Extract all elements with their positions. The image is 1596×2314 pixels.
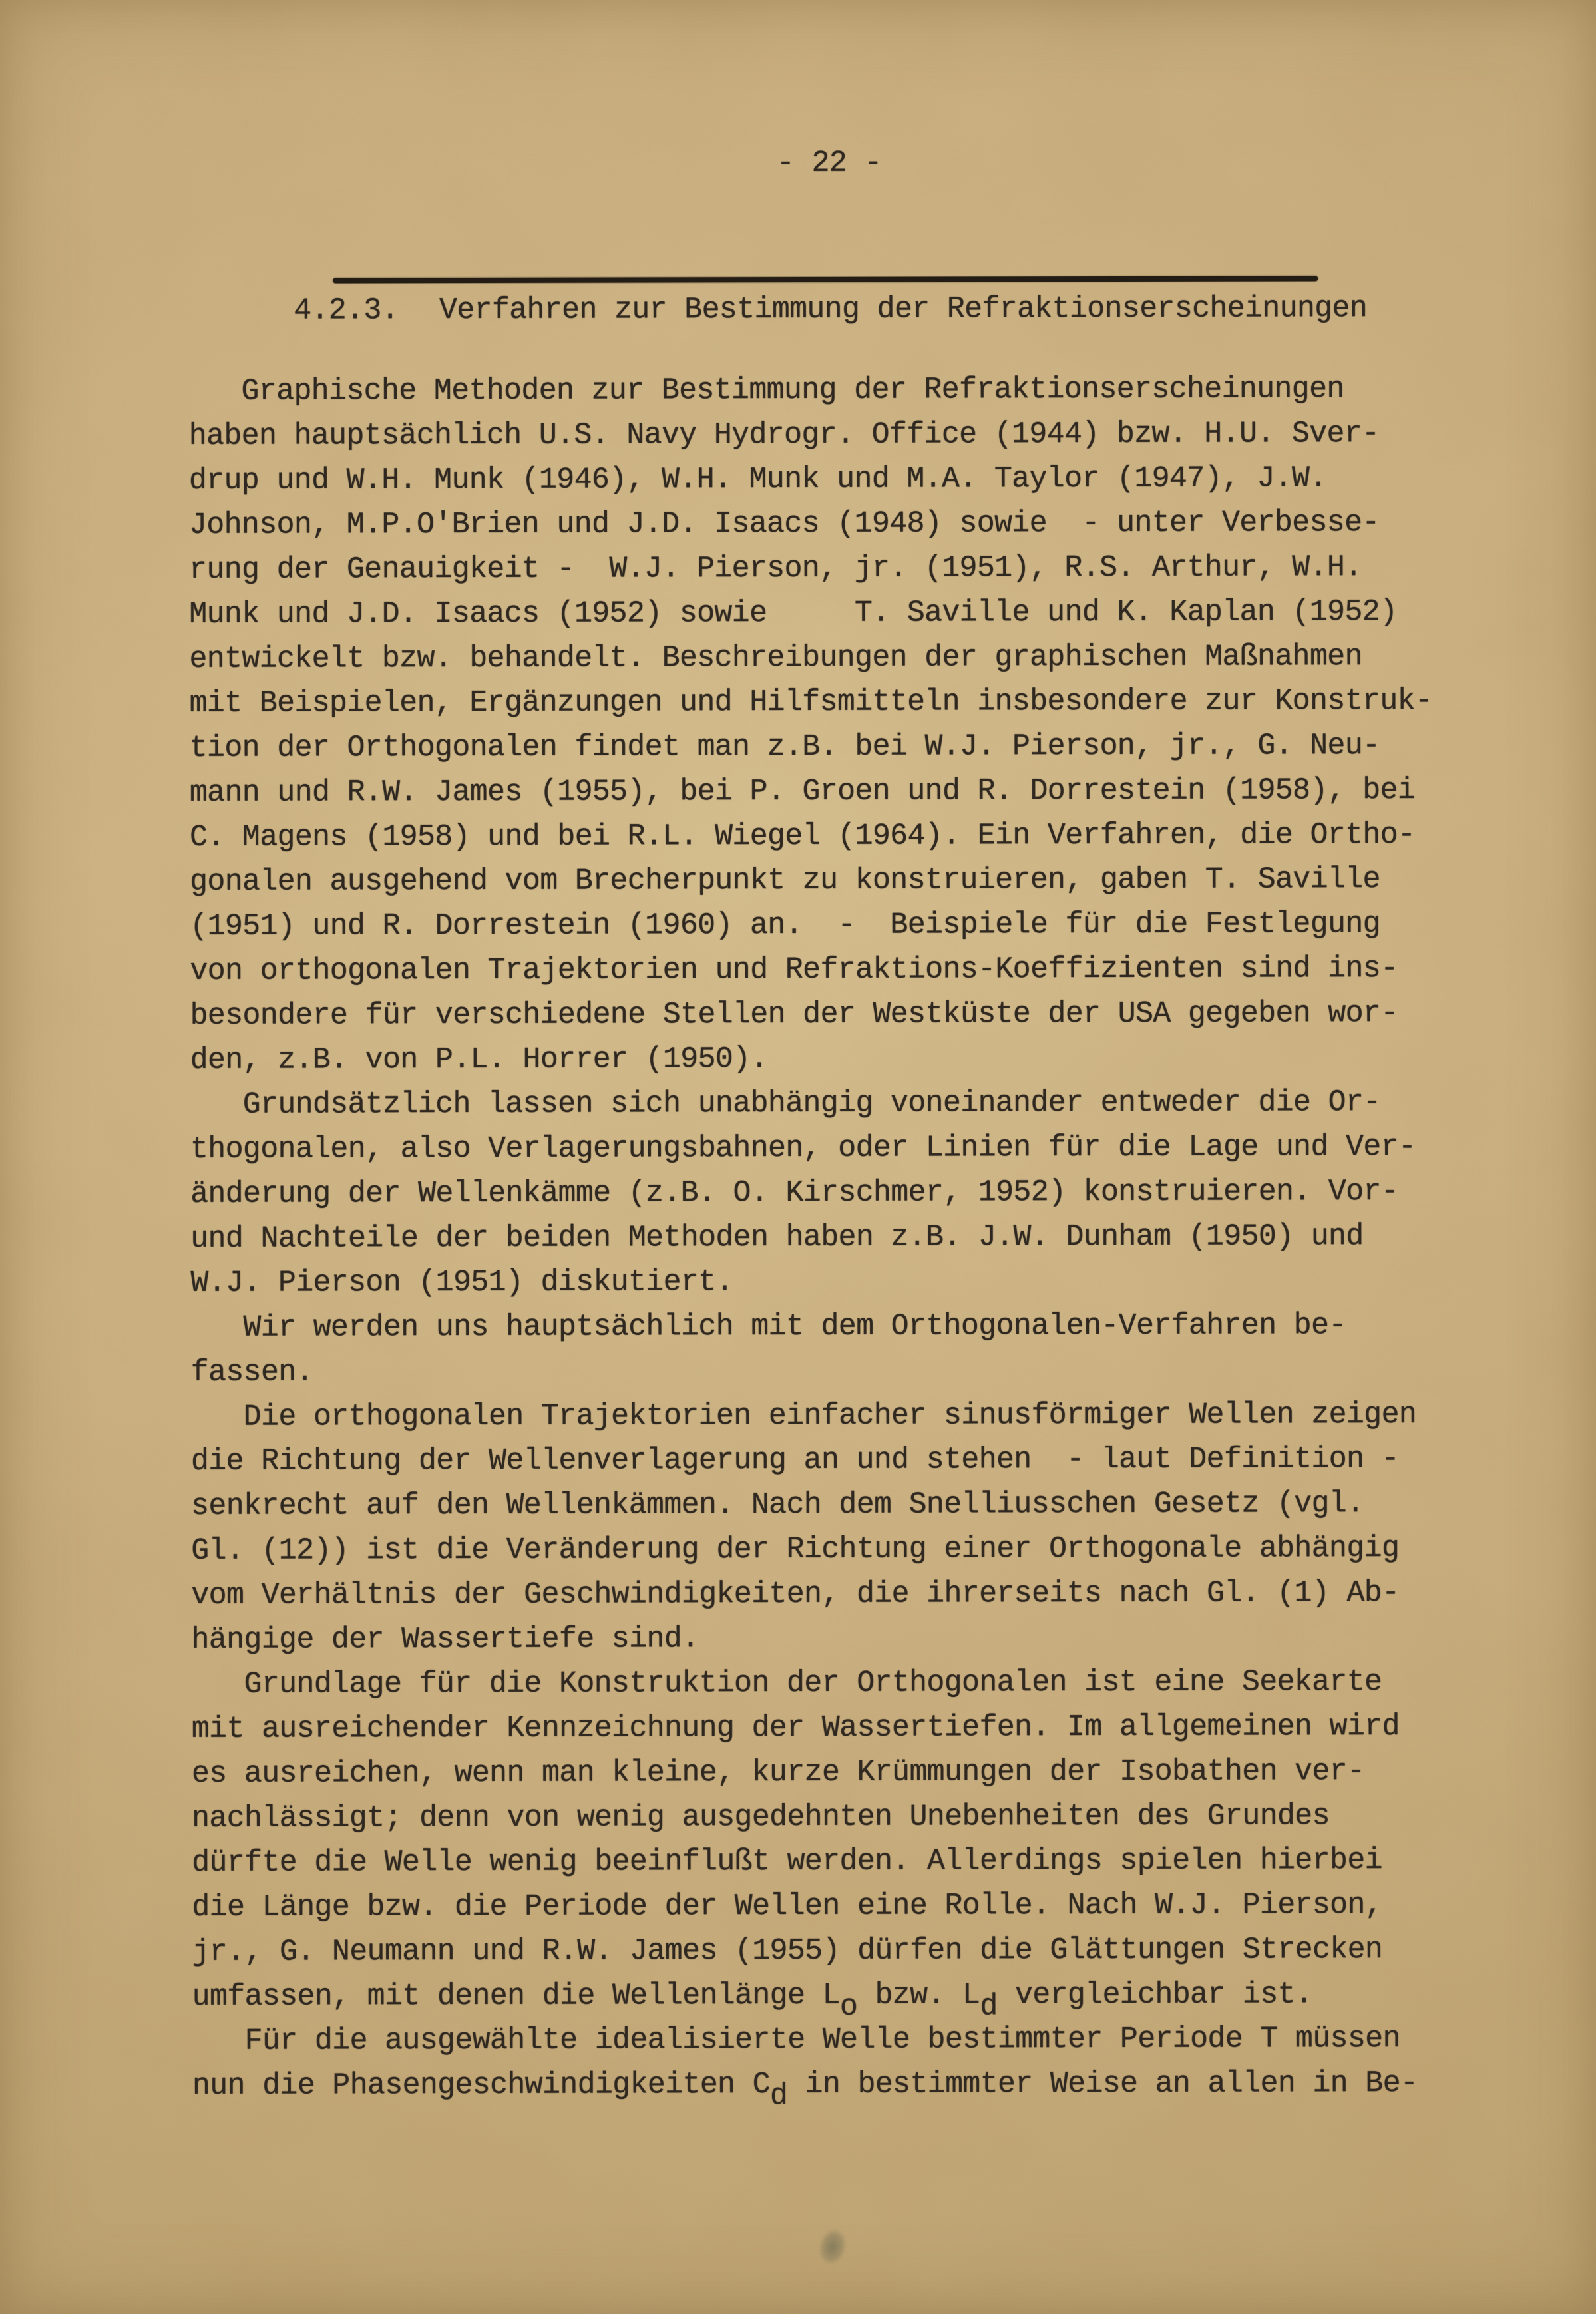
line-text: nun die Phasengeschwindigkeiten C <box>192 2068 770 2103</box>
line-text: vergleichbar ist. <box>998 1977 1313 2012</box>
text-line: tion der Orthogonalen findet man z.B. be… <box>190 723 1433 771</box>
text-line: Grundlage für die Konstruktion der Ortho… <box>192 1660 1435 1707</box>
line-text: tion der Orthogonalen findet man z.B. be… <box>190 729 1380 765</box>
text-line: Munk und J.D. Isaacs (1952) sowie T. Sav… <box>189 590 1432 637</box>
scan-content: - 22 - 4.2.3.Verfahren zur Bestimmung de… <box>0 0 1596 2314</box>
page-number: - 22 - <box>777 141 882 186</box>
line-text: jr., G. Neumann und R.W. James (1955) dü… <box>192 1933 1382 1969</box>
text-line: rung der Genauigkeit - W.J. Pierson, jr.… <box>189 545 1432 592</box>
line-text: Für die ausgewählte idealisierte Welle b… <box>192 2022 1400 2058</box>
text-line: Die orthogonalen Trajektorien einfacher … <box>191 1392 1434 1440</box>
line-text: (1951) und R. Dorrestein (1960) an. - Be… <box>190 907 1380 944</box>
text-line: Graphische Methoden zur Bestimmung der R… <box>189 367 1432 414</box>
line-text: mit ausreichender Kennzeichnung der Wass… <box>192 1710 1400 1746</box>
line-text: und Nachteile der beiden Methoden haben … <box>190 1219 1364 1256</box>
document-page: - 22 - 4.2.3.Verfahren zur Bestimmung de… <box>0 0 1596 2314</box>
subscript-text: d <box>770 2079 787 2113</box>
line-text: Grundlage für die Konstruktion der Ortho… <box>192 1665 1382 1702</box>
section-heading: 4.2.3.Verfahren zur Bestimmung der Refra… <box>188 242 1367 378</box>
line-text: Johnson, M.P.O'Brien und J.D. Isaacs (19… <box>189 506 1380 542</box>
section-number: 4.2.3. <box>294 293 399 327</box>
text-line: von orthogonalen Trajektorien und Refrak… <box>190 946 1433 994</box>
line-text: rung der Genauigkeit - W.J. Pierson, jr.… <box>189 550 1362 587</box>
body-text: Graphische Methoden zur Bestimmung der R… <box>189 367 1436 2108</box>
line-text: besondere für verschiedene Stellen der W… <box>190 996 1398 1033</box>
subscript-text: o <box>840 1990 857 2024</box>
line-text: entwickelt bzw. behandelt. Beschreibunge… <box>189 640 1362 676</box>
line-text: dürfte die Welle wenig beeinflußt werden… <box>192 1843 1382 1880</box>
line-text: änderung der Wellenkämme (z.B. O. Kirsch… <box>190 1175 1398 1211</box>
text-line: thogonalen, also Verlagerungsbahnen, ode… <box>190 1125 1434 1172</box>
text-line: senkrecht auf den Wellenkämmen. Nach dem… <box>191 1481 1434 1529</box>
line-text: W.J. Pierson (1951) diskutiert. <box>190 1265 733 1300</box>
text-line: haben hauptsächlich U.S. Navy Hydrogr. O… <box>189 411 1432 459</box>
text-line: Wir werden uns hauptsächlich mit dem Ort… <box>190 1303 1434 1350</box>
text-line: den, z.B. von P.L. Horrer (1950). <box>190 1036 1434 1083</box>
line-text: Gl. (12)) ist die Veränderung der Richtu… <box>191 1531 1399 1568</box>
line-text: bzw. L <box>857 1978 980 2012</box>
text-line: Für die ausgewählte idealisierte Welle b… <box>192 2017 1436 2064</box>
line-text: Graphische Methoden zur Bestimmung der R… <box>189 372 1344 409</box>
section-title: Verfahren zur Bestimmung der Refraktions… <box>439 286 1367 333</box>
line-text: Munk und J.D. Isaacs (1952) sowie T. Sav… <box>189 595 1397 632</box>
text-line: entwickelt bzw. behandelt. Beschreibunge… <box>189 634 1432 681</box>
text-line: die Richtung der Wellenverlagerung an un… <box>191 1437 1434 1484</box>
line-text: senkrecht auf den Wellenkämmen. Nach dem… <box>191 1487 1364 1523</box>
text-line: mit Beispielen, Ergänzungen und Hilfsmit… <box>190 679 1433 726</box>
text-line: es ausreichen, wenn man kleine, kurze Kr… <box>192 1749 1435 1796</box>
line-text: mann und R.W. James (1955), bei P. Groen… <box>190 773 1415 810</box>
line-text: C. Magens (1958) und bei R.L. Wiegel (19… <box>190 818 1415 855</box>
line-text: fassen. <box>191 1356 313 1390</box>
line-text: von orthogonalen Trajektorien und Refrak… <box>190 952 1398 988</box>
text-line: (1951) und R. Dorrestein (1960) an. - Be… <box>190 902 1433 949</box>
line-text: den, z.B. von P.L. Horrer (1950). <box>190 1042 768 1077</box>
text-line: hängige der Wassertiefe sind. <box>191 1615 1434 1662</box>
text-line: fassen. <box>191 1348 1434 1395</box>
line-text: vom Verhältnis der Geschwindigkeiten, di… <box>191 1576 1399 1613</box>
line-text: Wir werden uns hauptsächlich mit dem Ort… <box>190 1308 1346 1345</box>
line-text: es ausreichen, wenn man kleine, kurze Kr… <box>192 1754 1365 1791</box>
text-line: besondere für verschiedene Stellen der W… <box>190 991 1433 1038</box>
text-line: vom Verhältnis der Geschwindigkeiten, di… <box>191 1571 1434 1618</box>
line-text: in bestimmter Weise an allen in Be- <box>787 2066 1418 2102</box>
text-line: Gl. (12)) ist die Veränderung der Richtu… <box>191 1526 1434 1573</box>
line-text: haben hauptsächlich U.S. Navy Hydrogr. O… <box>189 417 1380 453</box>
text-line: mann und R.W. James (1955), bei P. Groen… <box>190 768 1433 815</box>
subscript-text: d <box>980 1989 997 2023</box>
line-text: drup und W.H. Munk (1946), W.H. Munk und… <box>189 461 1327 498</box>
text-line: gonalen ausgehend vom Brecherpunkt zu ko… <box>190 857 1433 904</box>
text-line: dürfte die Welle wenig beeinflußt werden… <box>192 1838 1435 1885</box>
text-line: C. Magens (1958) und bei R.L. Wiegel (19… <box>190 813 1433 860</box>
text-line: änderung der Wellenkämme (z.B. O. Kirsch… <box>190 1169 1434 1217</box>
text-line: jr., G. Neumann und R.W. James (1955) dü… <box>192 1927 1435 1975</box>
line-text: mit Beispielen, Ergänzungen und Hilfsmit… <box>190 684 1433 721</box>
line-text: hängige der Wassertiefe sind. <box>191 1622 699 1657</box>
line-text: die Richtung der Wellenverlagerung an un… <box>191 1442 1399 1479</box>
line-text: Die orthogonalen Trajektorien einfacher … <box>191 1398 1416 1434</box>
line-text: umfassen, mit denen die Wellenlänge L <box>192 1979 840 2014</box>
line-text: gonalen ausgehend vom Brecherpunkt zu ko… <box>190 863 1380 899</box>
text-line: nun die Phasengeschwindigkeiten Cd in be… <box>192 2061 1436 2108</box>
line-text: thogonalen, also Verlagerungsbahnen, ode… <box>190 1130 1416 1167</box>
text-line: Johnson, M.P.O'Brien und J.D. Isaacs (19… <box>189 500 1432 548</box>
line-text: die Länge bzw. die Periode der Wellen ei… <box>192 1888 1382 1925</box>
text-line: mit ausreichender Kennzeichnung der Wass… <box>192 1704 1435 1752</box>
text-line: Grundsätzlich lassen sich unabhängig von… <box>190 1080 1434 1127</box>
text-line: die Länge bzw. die Periode der Wellen ei… <box>192 1883 1435 1930</box>
text-line: umfassen, mit denen die Wellenlänge Lo b… <box>192 1972 1436 2019</box>
text-line: drup und W.H. Munk (1946), W.H. Munk und… <box>189 456 1432 503</box>
text-line: nachlässigt; denn von wenig ausgedehnten… <box>192 1794 1435 1841</box>
line-text: Grundsätzlich lassen sich unabhängig von… <box>190 1085 1381 1122</box>
text-line: W.J. Pierson (1951) diskutiert. <box>190 1258 1434 1306</box>
text-line: und Nachteile der beiden Methoden haben … <box>190 1214 1434 1261</box>
line-text: nachlässigt; denn von wenig ausgedehnten… <box>192 1799 1330 1835</box>
